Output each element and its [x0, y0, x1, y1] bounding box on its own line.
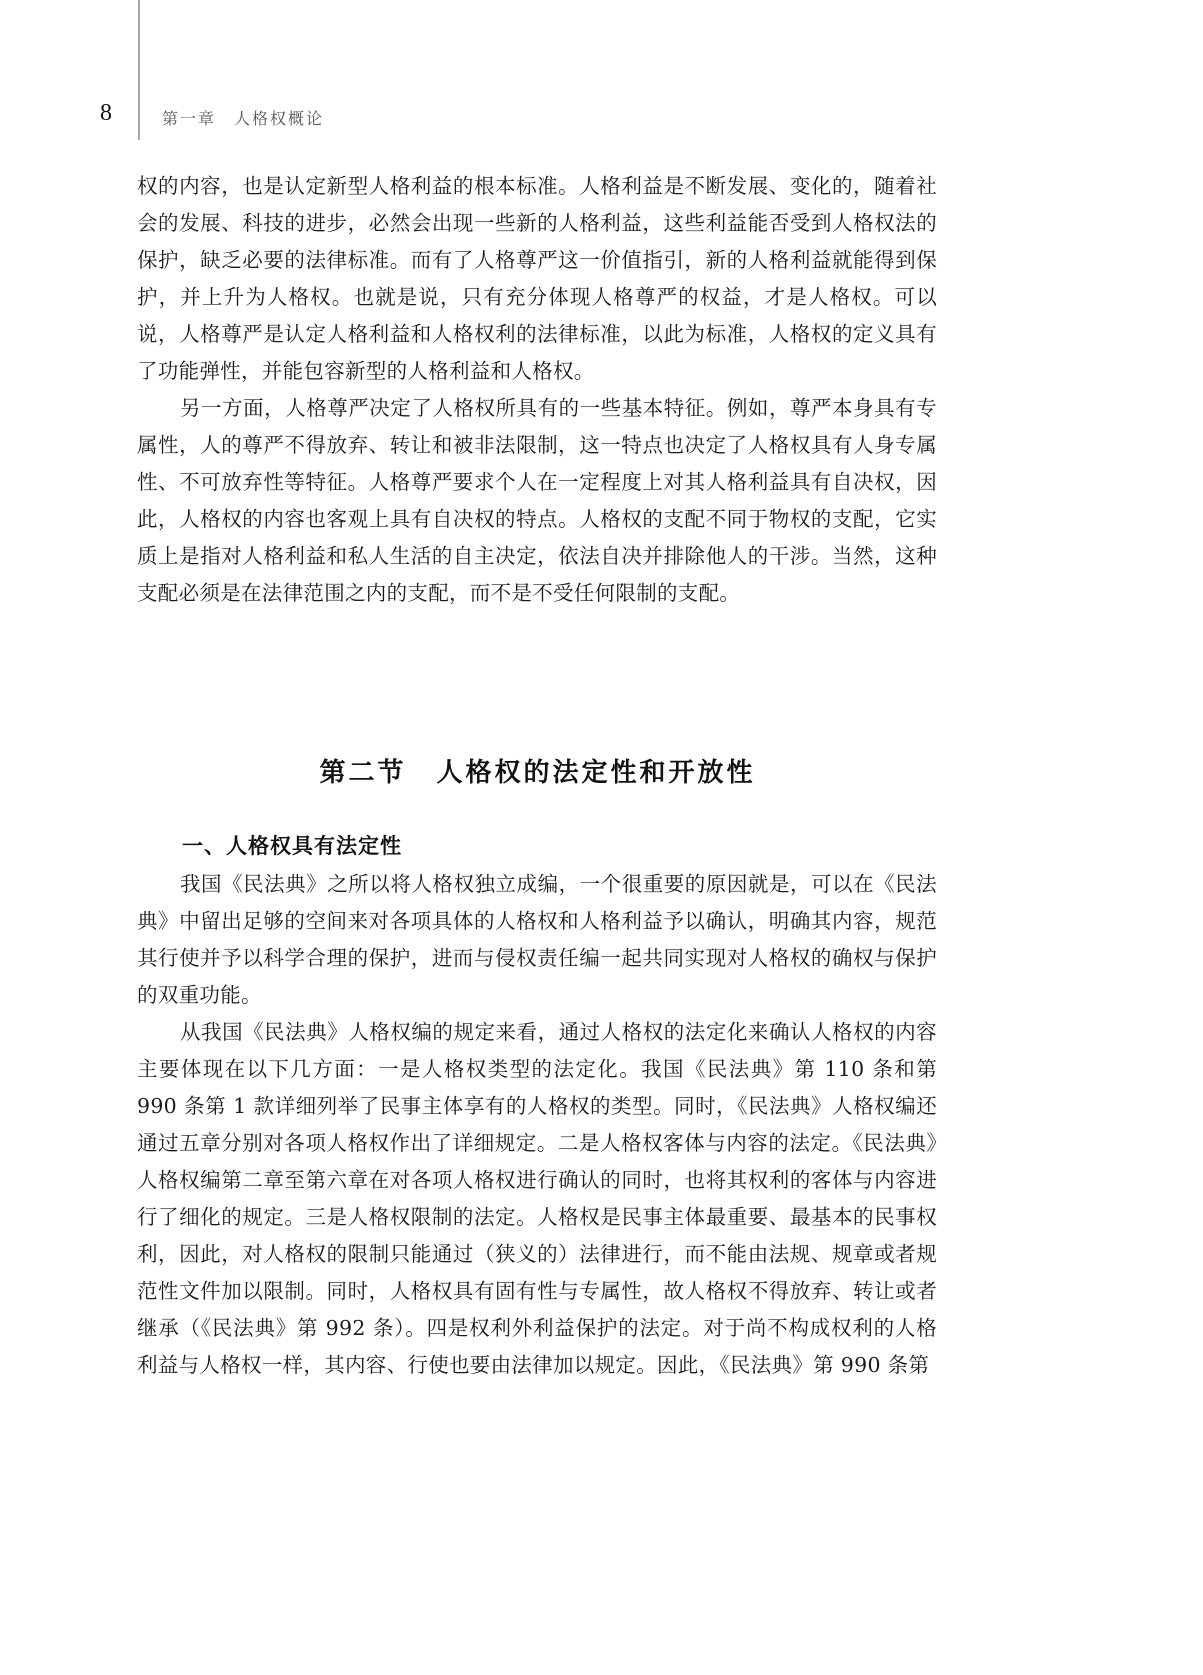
subsection-heading: 一、人格权具有法定性	[182, 830, 402, 860]
section-number: 第二节	[319, 758, 406, 788]
paragraph: 从我国《民法典》人格权编的规定来看，通过人格权的法定化来确认人格权的内容主要体现…	[137, 1014, 937, 1384]
paragraph: 我国《民法典》之所以将人格权独立成编，一个很重要的原因就是，可以在《民法典》中留…	[137, 866, 937, 1014]
section-title: 人格权的法定性和开放性	[437, 758, 756, 788]
paragraph: 权的内容，也是认定新型人格利益的根本标准。人格利益是不断发展、变化的，随着社会的…	[137, 168, 937, 390]
body-text-bottom: 我国《民法典》之所以将人格权独立成编，一个很重要的原因就是，可以在《民法典》中留…	[137, 866, 937, 1384]
running-head: 第一章人格权概论	[162, 106, 324, 129]
chapter-title: 人格权概论	[234, 109, 324, 128]
chapter-number: 第一章	[162, 109, 216, 128]
page-number: 8	[100, 100, 112, 127]
paragraph: 另一方面，人格尊严决定了人格权所具有的一些基本特征。例如，尊严本身具有专属性，人…	[137, 390, 937, 612]
section-heading: 第二节人格权的法定性和开放性	[0, 752, 1075, 789]
header-divider-rule	[138, 0, 140, 140]
body-text-top: 权的内容，也是认定新型人格利益的根本标准。人格利益是不断发展、变化的，随着社会的…	[137, 168, 937, 612]
